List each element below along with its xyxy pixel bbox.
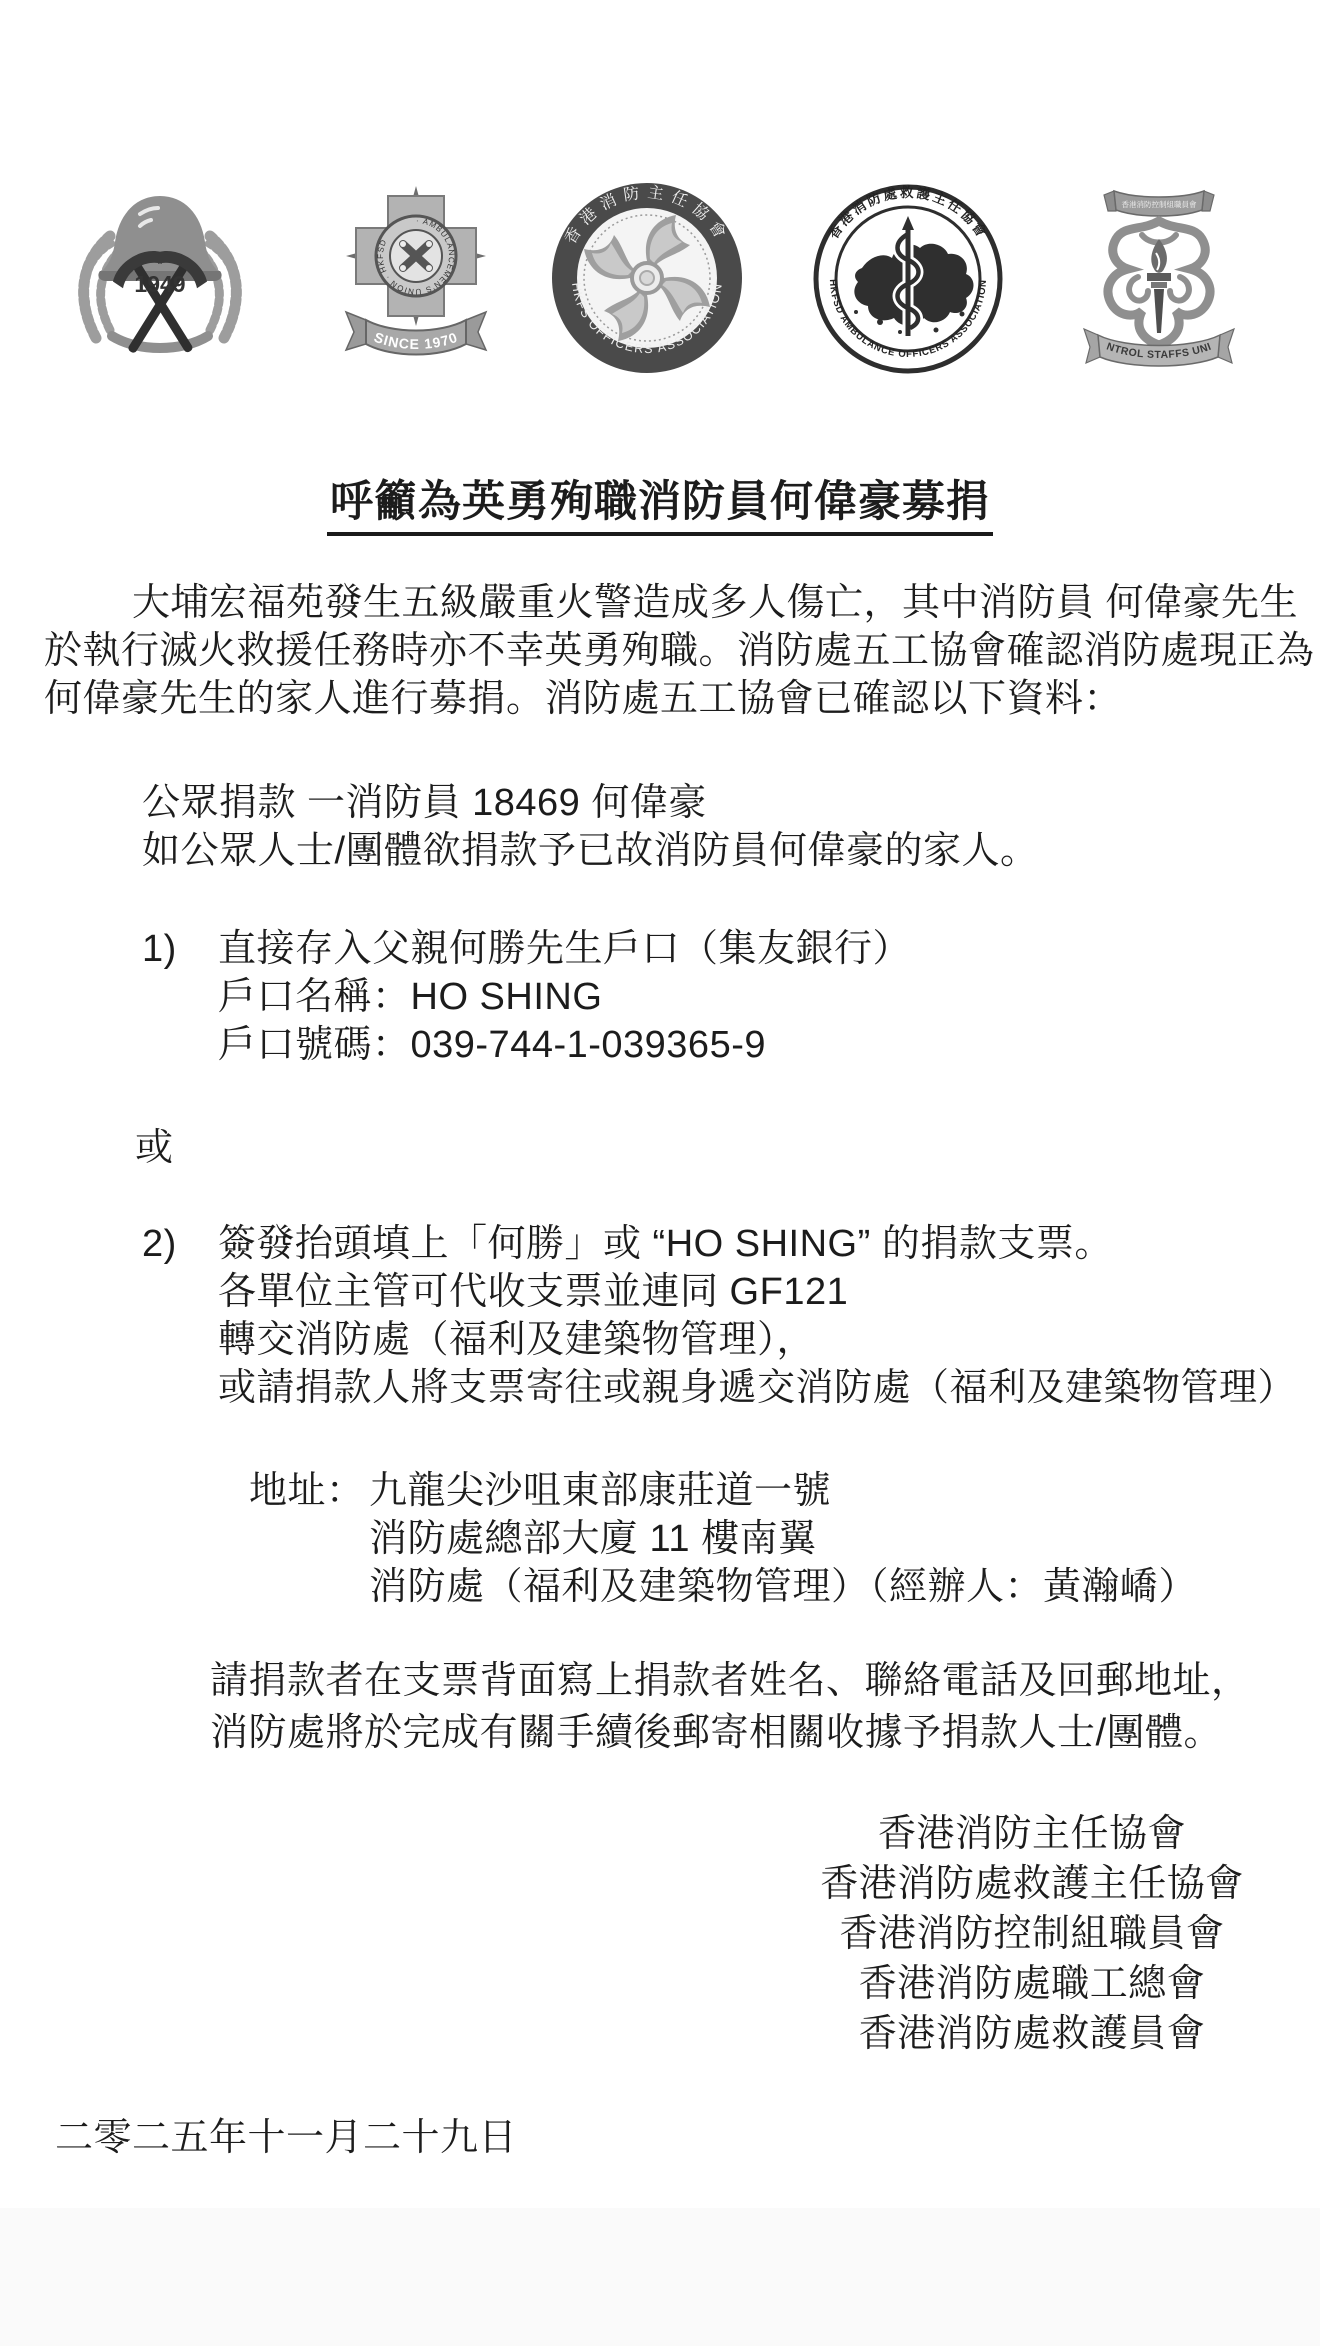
note-line: 請捐款者在支票背面寫上捐款者姓名、聯絡電話及回郵地址， (210, 1657, 1250, 1709)
signatory: 香港消防處救護員會 (732, 2009, 1320, 2059)
signatory: 香港消防處救護主任協會 (732, 1859, 1320, 1909)
document-date: 二零二五年十一月二十九日 (55, 2114, 517, 2162)
top-banner: 香港消防控制組職員會 (1104, 191, 1214, 216)
receipt-note: 請捐款者在支票背面寫上捐款者姓名、聯絡電話及回郵地址， 消防處將於完成有關手續後… (210, 1657, 1250, 1761)
logos-row: 1949 · AMBULANCEMEN'S UNION · HKFSD (0, 0, 1320, 440)
donation-info: 公眾捐款 一消防員 18469 何偉豪 如公眾人士/團體欲捐款予已故消防員何偉豪… (142, 779, 1039, 875)
account-number-line: 戶口號碼：039-744-1-039365-9 (218, 1021, 911, 1069)
item1-line: 直接存入父親何勝先生戶口（集友銀行） (218, 925, 911, 973)
item2-content: 簽發抬頭填上「何勝」或 “HO SHING” 的捐款支票。 各單位主管可代收支票… (218, 1220, 1296, 1412)
item1-content: 直接存入父親何勝先生戶口（集友銀行） 戶口名稱：HO SHING 戶口號碼：03… (218, 925, 911, 1069)
or-text: 或 (135, 1124, 174, 1172)
hkfsd-ambulance-officers-association-emblem: 香港消防處救護主任協會 HKFSD AMBULANCE OFFICERS ASS… (812, 184, 1004, 374)
document-page: 1949 · AMBULANCEMEN'S UNION · HKFSD (0, 0, 1320, 2346)
item2-line: 轉交消防處（福利及建築物管理）， (218, 1316, 1296, 1364)
torch-icon (1147, 239, 1171, 333)
item2-line: 或請捐款人將支票寄往或親身遞交消防處（福利及建築物管理） (218, 1364, 1296, 1412)
address-lines: 九龍尖沙咀東部康莊道一號 消防處總部大廈 11 樓南翼 消防處（福利及建築物管理… (369, 1467, 1197, 1611)
donation-line: 如公眾人士/團體欲捐款予已故消防員何偉豪的家人。 (142, 827, 1039, 875)
intro-line: 大埔宏福苑發生五級嚴重火警造成多人傷亡，其中消防員 何偉豪先生 (44, 579, 1296, 627)
logo-year-label: 1949 (134, 271, 185, 297)
signatory: 香港消防控制組職員會 (732, 1909, 1320, 1959)
scan-bottom-band (0, 2208, 1320, 2346)
page-title: 呼籲為英勇殉職消防員何偉豪募捐 (327, 478, 993, 536)
signatory: 香港消防主任協會 (732, 1809, 1320, 1859)
address-label: 地址： (249, 1467, 365, 1515)
address-line: 九龍尖沙咀東部康莊道一號 (369, 1467, 1197, 1515)
control-staffs-union-emblem: 香港消防控制組職員會 CONTROL STA (1076, 183, 1242, 369)
title-row: 呼籲為英勇殉職消防員何偉豪募捐 (0, 478, 1320, 536)
signatory: 香港消防處職工總會 (732, 1959, 1320, 2009)
intro-paragraph: 大埔宏福苑發生五級嚴重火警造成多人傷亡，其中消防員 何偉豪先生 於執行滅火救援任… (44, 579, 1296, 723)
signatory-block: 香港消防主任協會 香港消防處救護主任協會 香港消防控制組職員會 香港消防處職工總… (732, 1809, 1320, 2059)
item1-marker: 1) (142, 925, 177, 973)
item2-line: 簽發抬頭填上「何勝」或 “HO SHING” 的捐款支票。 (218, 1220, 1296, 1268)
intro-line: 於執行滅火救援任務時亦不幸英勇殉職。消防處五工協會確認消防處現正為 (44, 627, 1296, 675)
account-name-line: 戶口名稱：HO SHING (218, 973, 911, 1021)
donation-line: 公眾捐款 一消防員 18469 何偉豪 (142, 779, 1039, 827)
note-line: 消防處將於完成有關手續後郵寄相關收據予捐款人士/團體。 (210, 1709, 1250, 1761)
fsd-staffs-general-association-emblem: 1949 (56, 186, 264, 368)
intro-line: 何偉豪先生的家人進行募捐。消防處五工協會已確認以下資料： (44, 675, 1296, 723)
banner-top-text: 香港消防控制組職員會 (1122, 199, 1197, 209)
hkfs-officers-association-emblem: 香港消防主任協會 HKFS OFFICERS ASSOCIATION (550, 181, 744, 375)
address-line: 消防處總部大廈 11 樓南翼 (369, 1515, 1197, 1563)
item2-line: 各單位主管可代收支票並連同 GF121 (218, 1268, 1296, 1316)
item2-marker: 2) (142, 1220, 177, 1268)
ambulancemens-union-badge: · AMBULANCEMEN'S UNION · HKFSD SINCE 197… (335, 184, 497, 368)
address-line: 消防處（福利及建築物管理）（經辦人：黃瀚嶠） (369, 1563, 1197, 1611)
